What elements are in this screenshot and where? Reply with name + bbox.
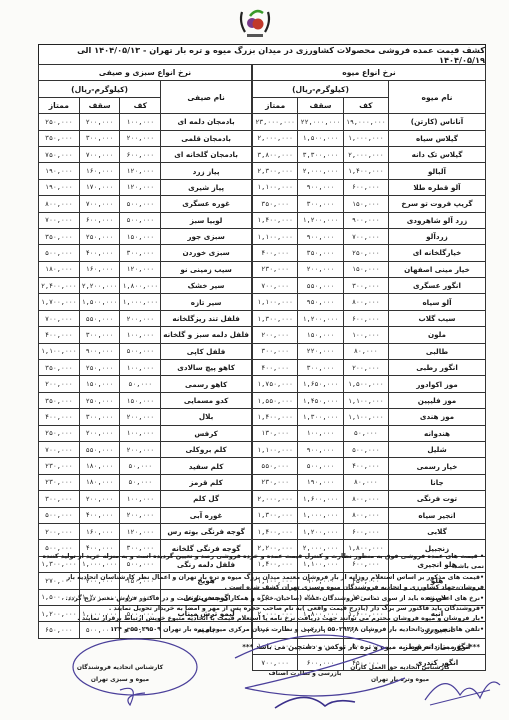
fruit-name-cell: موز هندی [389,409,486,425]
fruit-name-cell: توت فرنگی [389,491,486,507]
veg-min-cell: ۱۰۰,۰۰۰ [120,114,161,130]
veg-row: بادمجان دلمه ای۱۰۰,۰۰۰۲۰۰,۰۰۰۲۵۰,۰۰۰ [39,114,252,130]
fruit-premium-cell: ۷۰۰,۰۰۰ [253,278,298,294]
veg-premium-cell: ۲۵۰,۰۰۰ [39,425,80,441]
veg-premium-cell: ۱,۱۰۰,۰۰۰ [39,343,80,359]
fruit-row: آلو قطره طلا۶۰۰,۰۰۰۹۰۰,۰۰۰۱,۱۰۰,۰۰۰ [253,179,486,195]
veg-name-cell: کلم بروکلی [161,441,252,457]
fruit-name-cell: گریپ فروت تو سرخ [389,196,486,212]
veg-name-cell: سیب زمینی نو [161,261,252,277]
veg-min-cell: ۱۰۰,۰۰۰ [120,360,161,376]
fruit-min-cell: ۳۰۰,۰۰۰ [343,278,388,294]
veg-premium-cell: ۷۰۰,۰۰۰ [39,310,80,326]
fruit-max-cell: ۳۵۰,۰۰۰ [298,245,343,261]
fruit-min-cell: ۸۰۰,۰۰۰ [343,491,388,507]
veg-name-cell: بلال [161,409,252,425]
fruit-premium-cell: ۱,۱۰۰,۰۰۰ [253,179,298,195]
note-line: •فروشندگان باید فاکتور سر برگ دار (بادرج… [40,604,484,614]
fruit-min-cell: ۲,۰۰۰,۰۰۰ [343,146,388,162]
veg-min-cell: ۱۰۰,۰۰۰ [120,327,161,343]
fruit-name-cell: گیلاس سیاه [389,130,486,146]
veg-row: بلال۲۰۰,۰۰۰۳۰۰,۰۰۰۴۰۰,۰۰۰ [39,409,252,425]
fruit-name-cell: جانا [389,474,486,490]
fruit-premium-cell: ۱,۳۰۰,۰۰۰ [253,310,298,326]
fruit-name-cell: موز اکوادور [389,376,486,392]
veg-name-cell: گل کلم [161,491,252,507]
veg-min-cell: ۱,۰۰۰,۰۰۰ [120,294,161,310]
veg-name-cell: بادمجان گلخانه ای [161,146,252,162]
fruit-name-cell: شلیل [389,441,486,457]
signature-block-sellers-union: کارشناس اتحادیه فروشندگان میوه و سبزی ته… [60,662,180,686]
fruit-row: ملون۱۰۰,۰۰۰۱۵۰,۰۰۰۲۰۰,۰۰۰ [253,327,486,343]
veg-name-cell: کرفس [161,425,252,441]
fruit-min-cell: ۸۰,۰۰۰ [343,343,388,359]
fruit-min-header: کف [343,97,388,113]
fruit-name-cell: گلابی [389,523,486,539]
veg-premium-header: ممتاز [39,97,80,113]
veg-min-cell: ۶۰۰,۰۰۰ [120,146,161,162]
fruit-premium-cell: ۱,۱۰۰,۰۰۰ [253,228,298,244]
veg-premium-cell: ۷۰۰,۰۰۰ [39,441,80,457]
fruit-premium-cell: ۱,۳۰۰,۰۰۰ [253,507,298,523]
fruit-premium-cell: ۱,۴۰۰,۰۰۰ [253,409,298,425]
veg-min-cell: ۵۰۰,۰۰۰ [120,212,161,228]
fruit-min-cell: ۶۰۰,۰۰۰ [343,523,388,539]
veg-row: سیر تازه۱,۰۰۰,۰۰۰۱,۵۰۰,۰۰۰۱,۷۰۰,۰۰۰ [39,294,252,310]
fruit-max-cell: ۹۰۰,۰۰۰ [298,228,343,244]
veg-premium-cell: ۸۰۰,۰۰۰ [39,196,80,212]
veg-name-cell: سبزی خوردن [161,245,252,261]
fruit-premium-cell: ۱۳۰,۰۰۰ [253,425,298,441]
veg-name-cell: کلم سفید [161,458,252,474]
veg-name-cell: غوره آبی [161,507,252,523]
fruit-min-cell: ۱,۵۰۰,۰۰۰ [343,376,388,392]
veg-min-cell: ۱۲۰,۰۰۰ [120,179,161,195]
fruit-row: موز اکوادور۱,۵۰۰,۰۰۰۱,۶۵۰,۰۰۰۱,۷۵۰,۰۰۰ [253,376,486,392]
fruit-laurel-logo-icon [236,4,274,42]
fruit-premium-cell: ۴۰۰,۰۰۰ [253,360,298,376]
fruit-row: هندوانه۵۰,۰۰۰۱۰۰,۰۰۰۱۳۰,۰۰۰ [253,425,486,441]
fruit-max-cell: ۹۰۰,۰۰۰ [298,441,343,457]
veg-premium-cell: ۳۵۰,۰۰۰ [39,130,80,146]
fruit-min-cell: ۱,۱۰۰,۰۰۰ [343,392,388,408]
note-line: • قیمت های عمده فروشی فوق به منظور نظارت… [40,552,484,573]
fruit-row: زرد آلو شاهرودی۹۰۰,۰۰۰۱,۲۰۰,۰۰۰۱,۴۰۰,۰۰۰ [253,212,486,228]
veg-premium-cell: ۱۸۰,۰۰۰ [39,261,80,277]
note-line: •تلفن های ضروری :اتحادیه بار فروشان ۵۵۰۲… [40,625,484,635]
fruit-row: آناناس (کارتن)۱۹,۰۰۰,۰۰۰۲۲,۰۰۰,۰۰۰۲۳,۰۰۰… [253,114,486,130]
fruit-name-cell: سیب گلاب [389,310,486,326]
veg-premium-cell: ۲۰۰,۰۰۰ [39,376,80,392]
veg-name-cell: لوبیا سبز [161,212,252,228]
fruit-name-cell: انجیر سیاه [389,507,486,523]
note-line: •قیمت های مذکور بر اساس استعلام روزانه ا… [40,573,484,594]
fruit-min-cell: ۲۰۰,۰۰۰ [343,360,388,376]
fruit-max-cell: ۹۵۰,۰۰۰ [298,294,343,310]
veg-premium-cell: ۵۰۰,۰۰۰ [39,507,80,523]
veg-max-cell: ۱۶۰,۰۰۰ [79,261,120,277]
fruit-row: انجیر سیاه۸۰۰,۰۰۰۱,۰۰۰,۰۰۰۱,۳۰۰,۰۰۰ [253,507,486,523]
fruit-min-cell: ۱۵۰,۰۰۰ [343,261,388,277]
veg-min-cell: ۲۰۰,۰۰۰ [120,310,161,326]
fruit-name-cell: آلبالو [389,163,486,179]
veg-max-cell: ۲۰۰,۰۰۰ [79,114,120,130]
veg-premium-cell: ۲۵۰,۰۰۰ [39,114,80,130]
fruit-row: توت فرنگی۸۰۰,۰۰۰۱,۶۰۰,۰۰۰۲,۰۰۰,۰۰۰ [253,491,486,507]
veg-max-cell: ۲۵۰,۰۰۰ [79,360,120,376]
veg-min-cell: ۲۰۰,۰۰۰ [120,409,161,425]
fruit-max-cell: ۱۵۰,۰۰۰ [298,327,343,343]
veg-name-cell: فلفل کاپی [161,343,252,359]
fruit-premium-cell: ۱,۵۵۰,۰۰۰ [253,392,298,408]
fruit-row: گریپ فروت تو سرخ۱۵۰,۰۰۰۳۰۰,۰۰۰۳۵۰,۰۰۰ [253,196,486,212]
fruit-max-cell: ۳,۳۰۰,۰۰۰ [298,146,343,162]
fruit-name-cell: طالبی [389,343,486,359]
fruit-premium-cell: ۱,۴۰۰,۰۰۰ [253,212,298,228]
veg-row: سیر خشک۱,۸۰۰,۰۰۰۲,۲۰۰,۰۰۰۲,۴۰۰,۰۰۰ [39,278,252,294]
fruit-row: خیارگلخانه ای۲۵۰,۰۰۰۳۵۰,۰۰۰۴۰۰,۰۰۰ [253,245,486,261]
veg-name-cell: غوره عسگری [161,196,252,212]
veg-min-cell: ۱۵۰,۰۰۰ [120,392,161,408]
veg-row: کلم بروکلی۲۰۰,۰۰۰۵۵۰,۰۰۰۷۰۰,۰۰۰ [39,441,252,457]
veg-max-cell: ۷۰۰,۰۰۰ [79,146,120,162]
veg-max-cell: ۲۵۰,۰۰۰ [79,392,120,408]
fruit-section-title: نرخ انواع میوه [253,65,486,81]
fruit-premium-cell: ۱,۴۰۰,۰۰۰ [253,523,298,539]
fruit-row: زردآلو۷۰۰,۰۰۰۹۰۰,۰۰۰۱,۱۰۰,۰۰۰ [253,228,486,244]
fruit-row: گیلاس سیاه۱,۰۰۰,۰۰۰۱,۵۰۰,۰۰۰۲,۰۰۰,۰۰۰ [253,130,486,146]
fruit-min-cell: ۶۰۰,۰۰۰ [343,310,388,326]
fruit-max-cell: ۱,۲۰۰,۰۰۰ [298,212,343,228]
fruit-min-cell: ۱,۱۰۰,۰۰۰ [343,409,388,425]
veg-min-cell: ۳۰۰,۰۰۰ [120,245,161,261]
veg-premium-cell: ۳۰۰,۰۰۰ [39,491,80,507]
veg-premium-cell: ۲۳۰,۰۰۰ [39,458,80,474]
fruit-min-cell: ۱,۰۰۰,۰۰۰ [343,130,388,146]
veg-row: کاهو پیچ سالادی۱۰۰,۰۰۰۲۵۰,۰۰۰۳۵۰,۰۰۰ [39,360,252,376]
veg-min-cell: ۵۰۰,۰۰۰ [120,196,161,212]
veg-max-cell: ۱۷۰,۰۰۰ [79,179,120,195]
veg-max-cell: ۱,۵۰۰,۰۰۰ [79,294,120,310]
fruit-row: شلیل۵۰۰,۰۰۰۹۰۰,۰۰۰۱,۱۰۰,۰۰۰ [253,441,486,457]
fruit-name-cell: زرد آلو شاهرودی [389,212,486,228]
fruit-premium-cell: ۳,۸۰۰,۰۰۰ [253,146,298,162]
fruit-premium-cell: ۲,۰۰۰,۰۰۰ [253,130,298,146]
veg-max-cell: ۱۸۰,۰۰۰ [79,458,120,474]
fruit-min-cell: ۵۰,۰۰۰ [343,425,388,441]
veg-max-cell: ۵۵۰,۰۰۰ [79,441,120,457]
veg-name-cell: کاهو پیچ سالادی [161,360,252,376]
veg-row: لوبیا سبز۵۰۰,۰۰۰۶۰۰,۰۰۰۷۰۰,۰۰۰ [39,212,252,228]
fruit-max-cell: ۱,۴۵۰,۰۰۰ [298,392,343,408]
signature-block-inspection: بازرسی و نظارت اصناف [255,668,355,680]
fruit-row: خیار رسمی۴۰۰,۰۰۰۵۰۰,۰۰۰۵۵۰,۰۰۰ [253,458,486,474]
note-line: •بار فروشان و میوه فروشان محترم می توانن… [40,614,484,624]
fruit-max-cell: ۱۰۰,۰۰۰ [298,425,343,441]
fruit-premium-cell: ۴۰۰,۰۰۰ [253,245,298,261]
veg-min-cell: ۲۰۰,۰۰۰ [120,130,161,146]
veg-premium-cell: ۷۵۰,۰۰۰ [39,146,80,162]
fruit-premium-cell: ۱,۱۰۰,۰۰۰ [253,294,298,310]
fruit-max-cell: ۵۵۰,۰۰۰ [298,278,343,294]
veg-name-cell: فلفل دلمه سبز و گلخانه [161,327,252,343]
notes-section: • قیمت های عمده فروشی فوق به منظور نظارت… [40,552,484,635]
fruit-max-cell: ۱,۲۰۰,۰۰۰ [298,310,343,326]
fruit-row: طالبی۸۰,۰۰۰۲۲۰,۰۰۰۳۰۰,۰۰۰ [253,343,486,359]
fruit-max-cell: ۳۰۰,۰۰۰ [298,360,343,376]
fruit-max-cell: ۱,۳۰۰,۰۰۰ [298,409,343,425]
veg-name-cell: کلم قرمز [161,474,252,490]
veg-row: بادمجان قلمی۲۰۰,۰۰۰۳۰۰,۰۰۰۳۵۰,۰۰۰ [39,130,252,146]
veg-row: فلفل کاپی۵۰۰,۰۰۰۹۰۰,۰۰۰۱,۱۰۰,۰۰۰ [39,343,252,359]
veg-max-cell: ۴۰۰,۰۰۰ [79,507,120,523]
veg-premium-cell: ۵۰۰,۰۰۰ [39,245,80,261]
veg-premium-cell: ۱,۷۰۰,۰۰۰ [39,294,80,310]
fruit-row: موز هندی۱,۱۰۰,۰۰۰۱,۳۰۰,۰۰۰۱,۴۰۰,۰۰۰ [253,409,486,425]
fruit-name-cell: ملون [389,327,486,343]
veg-max-cell: ۲۰۰,۰۰۰ [79,491,120,507]
veg-premium-cell: ۴۰۰,۰۰۰ [39,327,80,343]
fruit-row: گلابی۶۰۰,۰۰۰۱,۲۰۰,۰۰۰۱,۴۰۰,۰۰۰ [253,523,486,539]
fruit-max-cell: ۵۰۰,۰۰۰ [298,458,343,474]
fruit-name-cell: انگور عسگری [389,278,486,294]
veg-premium-cell: ۱۹۰,۰۰۰ [39,179,80,195]
veg-row: کلم سفید۵۰,۰۰۰۱۸۰,۰۰۰۲۳۰,۰۰۰ [39,458,252,474]
veg-row: کدو مسمایی۱۵۰,۰۰۰۲۵۰,۰۰۰۳۵۰,۰۰۰ [39,392,252,408]
veg-name-cell: کدو مسمایی [161,392,252,408]
veg-row: کاهو رسمی۵۰,۰۰۰۱۵۰,۰۰۰۲۰۰,۰۰۰ [39,376,252,392]
fruit-max-header: سقف [298,97,343,113]
fruit-name-cell: آناناس (کارتن) [389,114,486,130]
veg-max-cell: ۲,۲۰۰,۰۰۰ [79,278,120,294]
fruit-min-cell: ۸۰,۰۰۰ [343,474,388,490]
veg-max-cell: ۳۰۰,۰۰۰ [79,327,120,343]
fruit-name-cell: آلو سیاه [389,294,486,310]
veg-min-cell: ۱۲۰,۰۰۰ [120,163,161,179]
fruit-max-cell: ۱,۰۰۰,۰۰۰ [298,507,343,523]
veg-premium-cell: ۲,۴۰۰,۰۰۰ [39,278,80,294]
fruit-max-cell: ۲,۰۰۰,۰۰۰ [298,163,343,179]
fruit-row: انگور رطبی۲۰۰,۰۰۰۳۰۰,۰۰۰۴۰۰,۰۰۰ [253,360,486,376]
fruit-premium-cell: ۲۰۰,۰۰۰ [253,327,298,343]
fruit-min-cell: ۱۰۰,۰۰۰ [343,327,388,343]
fruit-name-cell: خیارگلخانه ای [389,245,486,261]
veg-min-cell: ۱۰۰,۰۰۰ [120,491,161,507]
veg-min-cell: ۱۲۰,۰۰۰ [120,261,161,277]
veg-name-cell: فلفل تند ریزگلخانه [161,310,252,326]
veg-min-cell: ۵۰,۰۰۰ [120,458,161,474]
fruit-premium-cell: ۱,۱۰۰,۰۰۰ [253,441,298,457]
veg-max-cell: ۱۶۰,۰۰۰ [79,163,120,179]
veg-section-title: نرخ انواع سبزی و صیفی [39,65,252,81]
fruit-row: انگور عسگری۳۰۰,۰۰۰۵۵۰,۰۰۰۷۰۰,۰۰۰ [253,278,486,294]
fruit-min-cell: ۱۹,۰۰۰,۰۰۰ [343,114,388,130]
fruit-min-cell: ۲۵۰,۰۰۰ [343,245,388,261]
fruit-premium-cell: ۵۵۰,۰۰۰ [253,458,298,474]
veg-row: سبزی جور۱۵۰,۰۰۰۲۵۰,۰۰۰۳۵۰,۰۰۰ [39,228,252,244]
fruit-min-cell: ۹۰۰,۰۰۰ [343,212,388,228]
fruit-name-header: نام میوه [389,81,486,114]
veg-premium-cell: ۳۵۰,۰۰۰ [39,392,80,408]
fruit-min-cell: ۵۰۰,۰۰۰ [343,441,388,457]
fruit-row: موز فلیپین۱,۱۰۰,۰۰۰۱,۴۵۰,۰۰۰۱,۵۵۰,۰۰۰ [253,392,486,408]
veg-row: کرفس۱۰۰,۰۰۰۲۰۰,۰۰۰۲۵۰,۰۰۰ [39,425,252,441]
veg-row: بادمجان گلخانه ای۶۰۰,۰۰۰۷۰۰,۰۰۰۷۵۰,۰۰۰ [39,146,252,162]
veg-premium-cell: ۷۰۰,۰۰۰ [39,212,80,228]
veg-max-cell: ۳۰۰,۰۰۰ [79,130,120,146]
fruit-name-cell: آلو قطره طلا [389,179,486,195]
veg-min-cell: ۵۰,۰۰۰ [120,376,161,392]
veg-name-cell: سبزی جور [161,228,252,244]
veg-premium-cell: ۳۵۰,۰۰۰ [39,228,80,244]
veg-max-cell: ۱۸۰,۰۰۰ [79,474,120,490]
veg-premium-cell: ۲۳۰,۰۰۰ [39,474,80,490]
veg-min-cell: ۱۲۰,۰۰۰ [120,523,161,539]
veg-row: فلفل دلمه سبز و گلخانه۱۰۰,۰۰۰۳۰۰,۰۰۰۴۰۰,… [39,327,252,343]
veg-row: گل کلم۱۰۰,۰۰۰۲۰۰,۰۰۰۳۰۰,۰۰۰ [39,491,252,507]
veg-max-cell: ۴۰۰,۰۰۰ [79,245,120,261]
fruit-min-cell: ۴۰۰,۰۰۰ [343,458,388,474]
fruit-name-cell: انگور رطبی [389,360,486,376]
fruit-min-cell: ۸۰۰,۰۰۰ [343,507,388,523]
fruit-premium-cell: ۲۳۰,۰۰۰ [253,261,298,277]
veg-max-cell: ۱۵۰,۰۰۰ [79,376,120,392]
note-line: •نرخ های اعلام شده باید از سوی تمامی فرو… [40,594,484,604]
fruit-row: آلبالو۱,۴۰۰,۰۰۰۲,۰۰۰,۰۰۰۲,۳۰۰,۰۰۰ [253,163,486,179]
fruit-min-cell: ۶۰۰,۰۰۰ [343,179,388,195]
veg-row: غوره آبی۲۰۰,۰۰۰۴۰۰,۰۰۰۵۰۰,۰۰۰ [39,507,252,523]
veg-min-cell: ۵۰,۰۰۰ [120,474,161,490]
fruit-max-cell: ۱,۵۰۰,۰۰۰ [298,130,343,146]
fruit-max-cell: ۱,۶۵۰,۰۰۰ [298,376,343,392]
fruit-min-cell: ۱,۴۰۰,۰۰۰ [343,163,388,179]
price-list-document: کشف قیمت عمده فروشی محصولات کشاورزی در م… [0,0,509,720]
veg-name-cell: گوجه فرنگی بوته رس [161,523,252,539]
fruit-premium-cell: ۳۰۰,۰۰۰ [253,343,298,359]
veg-row: سیب زمینی نو۱۲۰,۰۰۰۱۶۰,۰۰۰۱۸۰,۰۰۰ [39,261,252,277]
veg-premium-cell: ۴۰۰,۰۰۰ [39,409,80,425]
signature-block-commission-agents: کارشناس اتحادیه حق العمل کاران میوه وتره… [340,662,460,686]
veg-max-header: سقف [79,97,120,113]
fruit-max-cell: ۱,۶۰۰,۰۰۰ [298,491,343,507]
fruit-max-cell: ۹۰۰,۰۰۰ [298,179,343,195]
veg-min-cell: ۱۵۰,۰۰۰ [120,228,161,244]
veg-name-header: نام صیفی [161,81,252,114]
premium-rate-note: ***نرخ ممتاز :مربوط به میوه و تره بار تو… [190,643,480,651]
fruit-max-cell: ۲۲,۰۰۰,۰۰۰ [298,114,343,130]
veg-max-cell: ۲۵۰,۰۰۰ [79,228,120,244]
fruit-min-cell: ۱۵۰,۰۰۰ [343,196,388,212]
fruit-premium-cell: ۳۵۰,۰۰۰ [253,196,298,212]
fruit-premium-cell: ۲,۰۰۰,۰۰۰ [253,491,298,507]
veg-row: پیاز شیری۱۲۰,۰۰۰۱۷۰,۰۰۰۱۹۰,۰۰۰ [39,179,252,195]
fruit-max-cell: ۳۰۰,۰۰۰ [298,196,343,212]
veg-row: غوره عسگری۵۰۰,۰۰۰۷۰۰,۰۰۰۸۰۰,۰۰۰ [39,196,252,212]
fruit-row: جانا۸۰,۰۰۰۱۹۰,۰۰۰۲۳۰,۰۰۰ [253,474,486,490]
veg-min-cell: ۲۰۰,۰۰۰ [120,507,161,523]
fruit-max-cell: ۲۲۰,۰۰۰ [298,343,343,359]
veg-premium-cell: ۱۹۰,۰۰۰ [39,163,80,179]
veg-max-cell: ۲۰۰,۰۰۰ [79,425,120,441]
fruit-max-cell: ۱,۲۰۰,۰۰۰ [298,523,343,539]
veg-max-cell: ۳۰۰,۰۰۰ [79,409,120,425]
veg-min-cell: ۵۰۰,۰۰۰ [120,343,161,359]
fruit-row: سیب گلاب۶۰۰,۰۰۰۱,۲۰۰,۰۰۰۱,۳۰۰,۰۰۰ [253,310,486,326]
fruit-unit-header: (کیلوگرم-ریال) [253,81,389,97]
fruit-row: آلو سیاه۸۰۰,۰۰۰۹۵۰,۰۰۰۱,۱۰۰,۰۰۰ [253,294,486,310]
fruit-premium-cell: ۲,۳۰۰,۰۰۰ [253,163,298,179]
veg-min-cell: ۱۰۰,۰۰۰ [120,425,161,441]
fruit-name-cell: خیار رسمی [389,458,486,474]
veg-max-cell: ۶۰۰,۰۰۰ [79,212,120,228]
fruit-name-cell: گیلاس تک دانه [389,146,486,162]
fruit-name-cell: موز فلیپین [389,392,486,408]
fruit-row: خیار مینی اصفهان۱۵۰,۰۰۰۲۰۰,۰۰۰۲۳۰,۰۰۰ [253,261,486,277]
fruit-name-cell: خیار مینی اصفهان [389,261,486,277]
fruit-premium-header: ممتاز [253,97,298,113]
veg-row: سبزی خوردن۳۰۰,۰۰۰۴۰۰,۰۰۰۵۰۰,۰۰۰ [39,245,252,261]
veg-row: فلفل تند ریزگلخانه۲۰۰,۰۰۰۵۵۰,۰۰۰۷۰۰,۰۰۰ [39,310,252,326]
fruit-min-cell: ۷۰۰,۰۰۰ [343,228,388,244]
veg-name-cell: بادمجان قلمی [161,130,252,146]
veg-max-cell: ۵۵۰,۰۰۰ [79,310,120,326]
veg-max-cell: ۹۰۰,۰۰۰ [79,343,120,359]
veg-max-cell: ۱۶۰,۰۰۰ [79,523,120,539]
fruit-name-cell: هندوانه [389,425,486,441]
veg-name-cell: بادمجان دلمه ای [161,114,252,130]
veg-max-cell: ۷۰۰,۰۰۰ [79,196,120,212]
veg-premium-cell: ۳۵۰,۰۰۰ [39,360,80,376]
veg-name-cell: سیر خشک [161,278,252,294]
fruit-min-cell: ۸۰۰,۰۰۰ [343,294,388,310]
veg-row: پیاز زرد۱۲۰,۰۰۰۱۶۰,۰۰۰۱۹۰,۰۰۰ [39,163,252,179]
veg-min-cell: ۱,۸۰۰,۰۰۰ [120,278,161,294]
fruit-name-cell: زردآلو [389,228,486,244]
page-title: کشف قیمت عمده فروشی محصولات کشاورزی در م… [38,44,486,65]
veg-name-cell: کاهو رسمی [161,376,252,392]
veg-row: گوجه فرنگی بوته رس۱۲۰,۰۰۰۱۶۰,۰۰۰۲۰۰,۰۰۰ [39,523,252,539]
fruit-premium-cell: ۲۳۰,۰۰۰ [253,474,298,490]
fruit-premium-cell: ۱,۷۵۰,۰۰۰ [253,376,298,392]
veg-min-header: کف [120,97,161,113]
veg-premium-cell: ۲۰۰,۰۰۰ [39,523,80,539]
veg-row: کلم قرمز۵۰,۰۰۰۱۸۰,۰۰۰۲۳۰,۰۰۰ [39,474,252,490]
veg-name-cell: سیر تازه [161,294,252,310]
veg-min-cell: ۲۰۰,۰۰۰ [120,441,161,457]
fruit-row: گیلاس تک دانه۲,۰۰۰,۰۰۰۳,۳۰۰,۰۰۰۳,۸۰۰,۰۰۰ [253,146,486,162]
fruit-max-cell: ۱۹۰,۰۰۰ [298,474,343,490]
fruit-max-cell: ۲۰۰,۰۰۰ [298,261,343,277]
veg-unit-header: (کیلوگرم-ریال) [39,81,161,97]
veg-name-cell: پیاز زرد [161,163,252,179]
veg-name-cell: پیاز شیری [161,179,252,195]
fruit-premium-cell: ۲۳,۰۰۰,۰۰۰ [253,114,298,130]
